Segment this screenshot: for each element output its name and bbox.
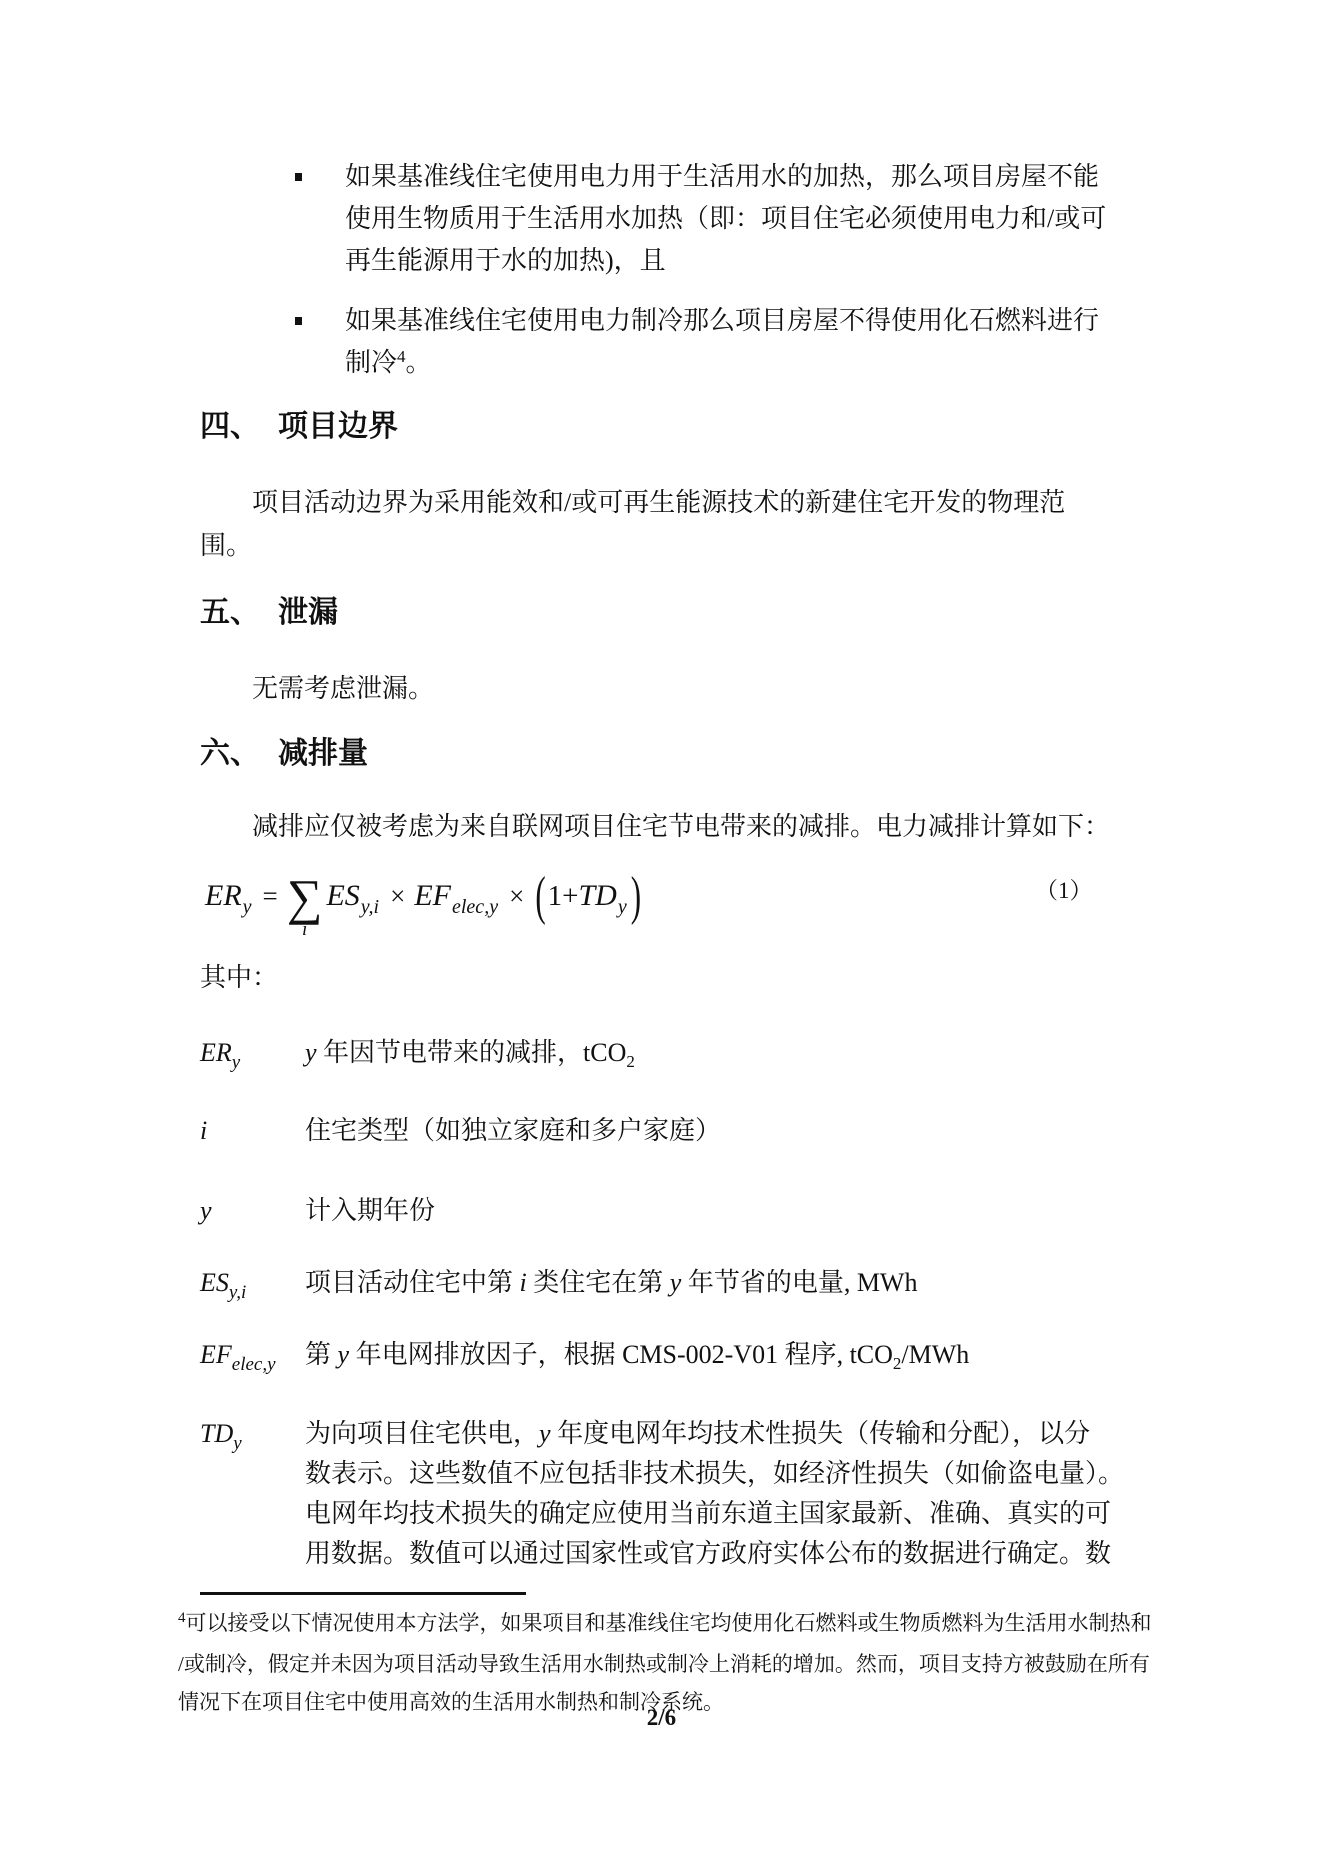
term-base: ER — [200, 1038, 232, 1067]
bullet-line: 如果基准线住宅使用电力制冷那么项目房屋不得使用化石燃料进行 — [345, 300, 1163, 342]
footnote-line: 4可以接受以下情况使用本方法学，如果项目和基准线住宅均使用化石燃料或生物质燃料为… — [178, 1604, 1168, 1645]
definition-desc: 第 y 年电网排放因子，根据 CMS-002-V01 程序, tCO2/MWh — [305, 1335, 1168, 1378]
term-sub: y — [233, 1433, 241, 1454]
desc-text: 为向项目住宅供电， — [305, 1419, 539, 1448]
definition-term: ESy,i — [200, 1263, 305, 1306]
desc-text: /MWh — [901, 1340, 969, 1369]
equation-number: （1） — [1035, 872, 1093, 905]
desc-text: 年节省的电量, MWh — [681, 1268, 917, 1297]
definition-ef: EFelec,y 第 y 年电网排放因子，根据 CMS-002-V01 程序, … — [200, 1335, 1168, 1378]
footnote-reference-4: 4 — [397, 347, 406, 366]
bullet-item-water-heating: 如果基准线住宅使用电力用于生活用水的加热，那么项目房屋不能 使用生物质用于生活用… — [295, 156, 1163, 282]
section-heading-emission-reductions: 六、减排量 — [200, 735, 368, 773]
definition-term: TDy — [200, 1414, 305, 1574]
definition-term: ERy — [200, 1033, 305, 1076]
section-heading-project-boundary: 四、项目边界 — [200, 408, 398, 446]
summation: ∑ i — [287, 873, 323, 939]
definition-i: i 住宅类型（如独立家庭和多户家庭） — [200, 1111, 1168, 1151]
bullet-line-text: 制冷 — [345, 348, 397, 377]
paragraph-leakage: 无需考虑泄漏。 — [252, 667, 434, 710]
formula-ef-sub: elec,y — [452, 896, 498, 919]
desc-line: 为向项目住宅供电，y 年度电网年均技术性损失（传输和分配），以分 — [305, 1414, 1168, 1454]
section-heading-leakage: 五、泄漏 — [200, 594, 338, 632]
definition-desc: 计入期年份 — [305, 1191, 1168, 1231]
paragraph-emission-reductions: 减排应仅被考虑为来自联网项目住宅节电带来的减排。电力减排计算如下： — [252, 805, 1110, 848]
footnote-line: /或制冷，假定并未因为项目活动导致生活用水制热或制冷上消耗的增加。然而，项目支持… — [178, 1645, 1168, 1683]
section-title: 项目边界 — [278, 410, 398, 443]
section-title: 减排量 — [278, 737, 368, 770]
equation-1-formula: ERy = ∑ i ESy,i × EFelec,y × ( 1+TDy ) — [205, 858, 1165, 934]
sigma-index: i — [302, 921, 307, 939]
definition-y: y 计入期年份 — [200, 1191, 1168, 1231]
formula-td: TD — [579, 879, 617, 913]
formula-ef: EF — [414, 879, 451, 913]
bullet-line: 如果基准线住宅使用电力用于生活用水的加热，那么项目房屋不能 — [345, 156, 1163, 198]
definition-er: ERy y 年因节电带来的减排，tCO2 — [200, 1033, 1168, 1076]
desc-text: 年度电网年均技术性损失（传输和分配），以分 — [551, 1419, 1091, 1448]
desc-text: 第 — [305, 1340, 338, 1369]
definition-es: ESy,i 项目活动住宅中第 i 类住宅在第 y 年节省的电量, MWh — [200, 1263, 1168, 1306]
formula-td-sub: y — [618, 896, 627, 919]
term-base: ES — [200, 1268, 229, 1297]
desc-var: i — [520, 1268, 527, 1297]
document-page: 如果基准线住宅使用电力用于生活用水的加热，那么项目房屋不能 使用生物质用于生活用… — [0, 0, 1323, 1871]
desc-var: y — [305, 1038, 317, 1067]
where-label: 其中： — [200, 957, 278, 994]
desc-text: 年因节电带来的减排，tCO — [317, 1038, 627, 1067]
bullet-square-icon — [295, 317, 302, 325]
sigma-icon: ∑ — [287, 873, 323, 921]
formula-er: ER — [205, 879, 242, 913]
term-base: i — [200, 1116, 207, 1145]
term-sub: y,i — [229, 1282, 246, 1303]
formula-one-plus: 1+ — [548, 880, 579, 913]
desc-var: y — [539, 1419, 551, 1448]
bullet-item-cooling: 如果基准线住宅使用电力制冷那么项目房屋不得使用化石燃料进行 制冷4。 — [295, 300, 1163, 387]
bullet-line: 再生能源用于水的加热)，且 — [345, 240, 1163, 282]
desc-line: 用数据。数值可以通过国家性或官方政府实体公布的数据进行确定。数 — [305, 1534, 1168, 1574]
footnote-marker-4: 4 — [178, 1610, 186, 1626]
section-number: 五、 — [200, 596, 260, 629]
definition-desc: 项目活动住宅中第 i 类住宅在第 y 年节省的电量, MWh — [305, 1263, 1168, 1306]
bullet-list: 如果基准线住宅使用电力用于生活用水的加热，那么项目房屋不能 使用生物质用于生活用… — [295, 156, 1163, 405]
desc-text: 年电网排放因子，根据 CMS-002-V01 程序, tCO — [349, 1340, 893, 1369]
desc-line: 电网年均技术损失的确定应使用当前东道主国家最新、准确、真实的可 — [305, 1494, 1168, 1534]
formula-es-sub: y,i — [361, 896, 379, 919]
footnote-text: 可以接受以下情况使用本方法学，如果项目和基准线住宅均使用化石燃料或生物质燃料为生… — [186, 1611, 1152, 1635]
times-sign: × — [509, 881, 524, 912]
desc-line: 数表示。这些数值不应包括非技术损失，如经济性损失（如偷盗电量）。 — [305, 1454, 1168, 1494]
definition-desc: y 年因节电带来的减排，tCO2 — [305, 1033, 1168, 1076]
desc-text: 类住宅在第 — [527, 1268, 670, 1297]
desc-text: 项目活动住宅中第 — [305, 1268, 520, 1297]
bullet-text: 如果基准线住宅使用电力制冷那么项目房屋不得使用化石燃料进行 制冷4。 — [345, 300, 1163, 387]
term-sub: y — [232, 1052, 240, 1073]
bullet-line-end: 。 — [406, 348, 432, 377]
paragraph-line: 围。 — [200, 524, 1180, 567]
bullet-line: 使用生物质用于生活用水加热（即：项目住宅必须使用电力和/或可 — [345, 198, 1163, 240]
close-paren: ) — [631, 865, 641, 928]
bullet-line: 制冷4。 — [345, 342, 1163, 387]
bullet-square-icon — [295, 173, 302, 181]
term-base: TD — [200, 1419, 233, 1448]
paragraph-line: 项目活动边界为采用能效和/或可再生能源技术的新建住宅开发的物理范 — [200, 481, 1180, 524]
term-sub: elec,y — [232, 1354, 276, 1375]
section-title: 泄漏 — [278, 596, 338, 629]
section-number: 六、 — [200, 737, 260, 770]
formula-er-sub: y — [243, 896, 252, 919]
definition-term: y — [200, 1191, 305, 1231]
bullet-text: 如果基准线住宅使用电力用于生活用水的加热，那么项目房屋不能 使用生物质用于生活用… — [345, 156, 1163, 282]
definition-td: TDy 为向项目住宅供电，y 年度电网年均技术性损失（传输和分配），以分 数表示… — [200, 1414, 1168, 1574]
desc-var: y — [338, 1340, 350, 1369]
definition-term: i — [200, 1111, 305, 1151]
desc-subscript: 2 — [893, 1354, 902, 1373]
desc-var: y — [670, 1268, 682, 1297]
formula-es: ES — [326, 879, 359, 913]
definition-term: EFelec,y — [200, 1335, 305, 1378]
bullet-marker-column — [295, 156, 345, 282]
equation-row: ERy = ∑ i ESy,i × EFelec,y × ( 1+TDy ) — [205, 858, 1165, 938]
definition-desc: 为向项目住宅供电，y 年度电网年均技术性损失（传输和分配），以分 数表示。这些数… — [305, 1414, 1168, 1574]
term-base: y — [200, 1196, 212, 1225]
equals-sign: = — [263, 881, 278, 912]
footnote-separator — [200, 1592, 526, 1595]
paragraph-project-boundary: 项目活动边界为采用能效和/或可再生能源技术的新建住宅开发的物理范 围。 — [200, 481, 1180, 567]
page-number: 2/6 — [0, 1705, 1323, 1731]
bullet-marker-column — [295, 300, 345, 387]
open-paren: ( — [535, 865, 545, 928]
footnote-4: 4可以接受以下情况使用本方法学，如果项目和基准线住宅均使用化石燃料或生物质燃料为… — [178, 1604, 1168, 1721]
term-base: EF — [200, 1340, 232, 1369]
times-sign: × — [390, 881, 405, 912]
section-number: 四、 — [200, 410, 260, 443]
definition-desc: 住宅类型（如独立家庭和多户家庭） — [305, 1111, 1168, 1151]
desc-subscript: 2 — [626, 1052, 635, 1071]
